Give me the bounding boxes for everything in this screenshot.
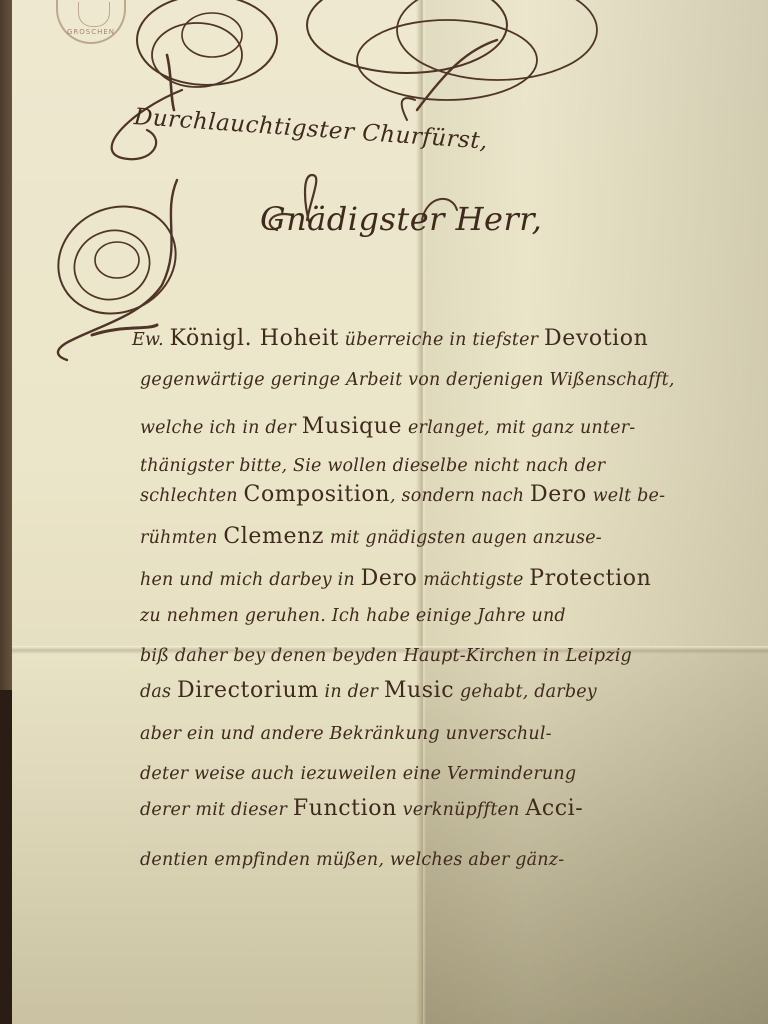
background-dark-corner [0, 690, 12, 1024]
body-line: thänigster bitte, Sie wollen dieselbe ni… [140, 456, 605, 476]
paper-lower-left-panel [12, 650, 422, 1024]
body-line: schlechten Composition, sondern nach Der… [140, 482, 665, 507]
body-line: hen und mich darbey in Dero mächtigste P… [140, 566, 651, 591]
body-line: rühmten Clemenz mit gnädigsten augen anz… [140, 524, 602, 549]
body-line: Ew. Königl. Hoheit überreiche in tiefste… [132, 326, 648, 351]
body-line: dentien empfinden müßen, welches aber gä… [140, 850, 564, 870]
body-line: aber ein und andere Bekränkung unverschu… [140, 724, 552, 744]
paper-lower-right-panel [422, 650, 768, 1024]
letter-salutation: Gnädigster Herr, [260, 200, 542, 238]
letter-page: GROSCHEN Durchlauchtigster Churfürst, Gn… [12, 0, 768, 1024]
heading-flourish-icon [72, 0, 302, 170]
body-line: deter weise auch iezuweilen eine Vermind… [140, 764, 576, 784]
body-line: zu nehmen geruhen. Ich habe einige Jahre… [140, 606, 566, 626]
body-line: das Directorium in der Music gehabt, dar… [140, 678, 597, 703]
body-line: derer mit dieser Function verknüpfften A… [140, 796, 583, 821]
body-line: welche ich in der Musique erlanget, mit … [140, 414, 635, 439]
body-line: gegenwärtige geringe Arbeit von derjenig… [140, 370, 675, 390]
vertical-fold-crease [416, 0, 426, 1024]
body-line: biß daher bey denen beyden Haupt-Kirchen… [140, 646, 632, 666]
